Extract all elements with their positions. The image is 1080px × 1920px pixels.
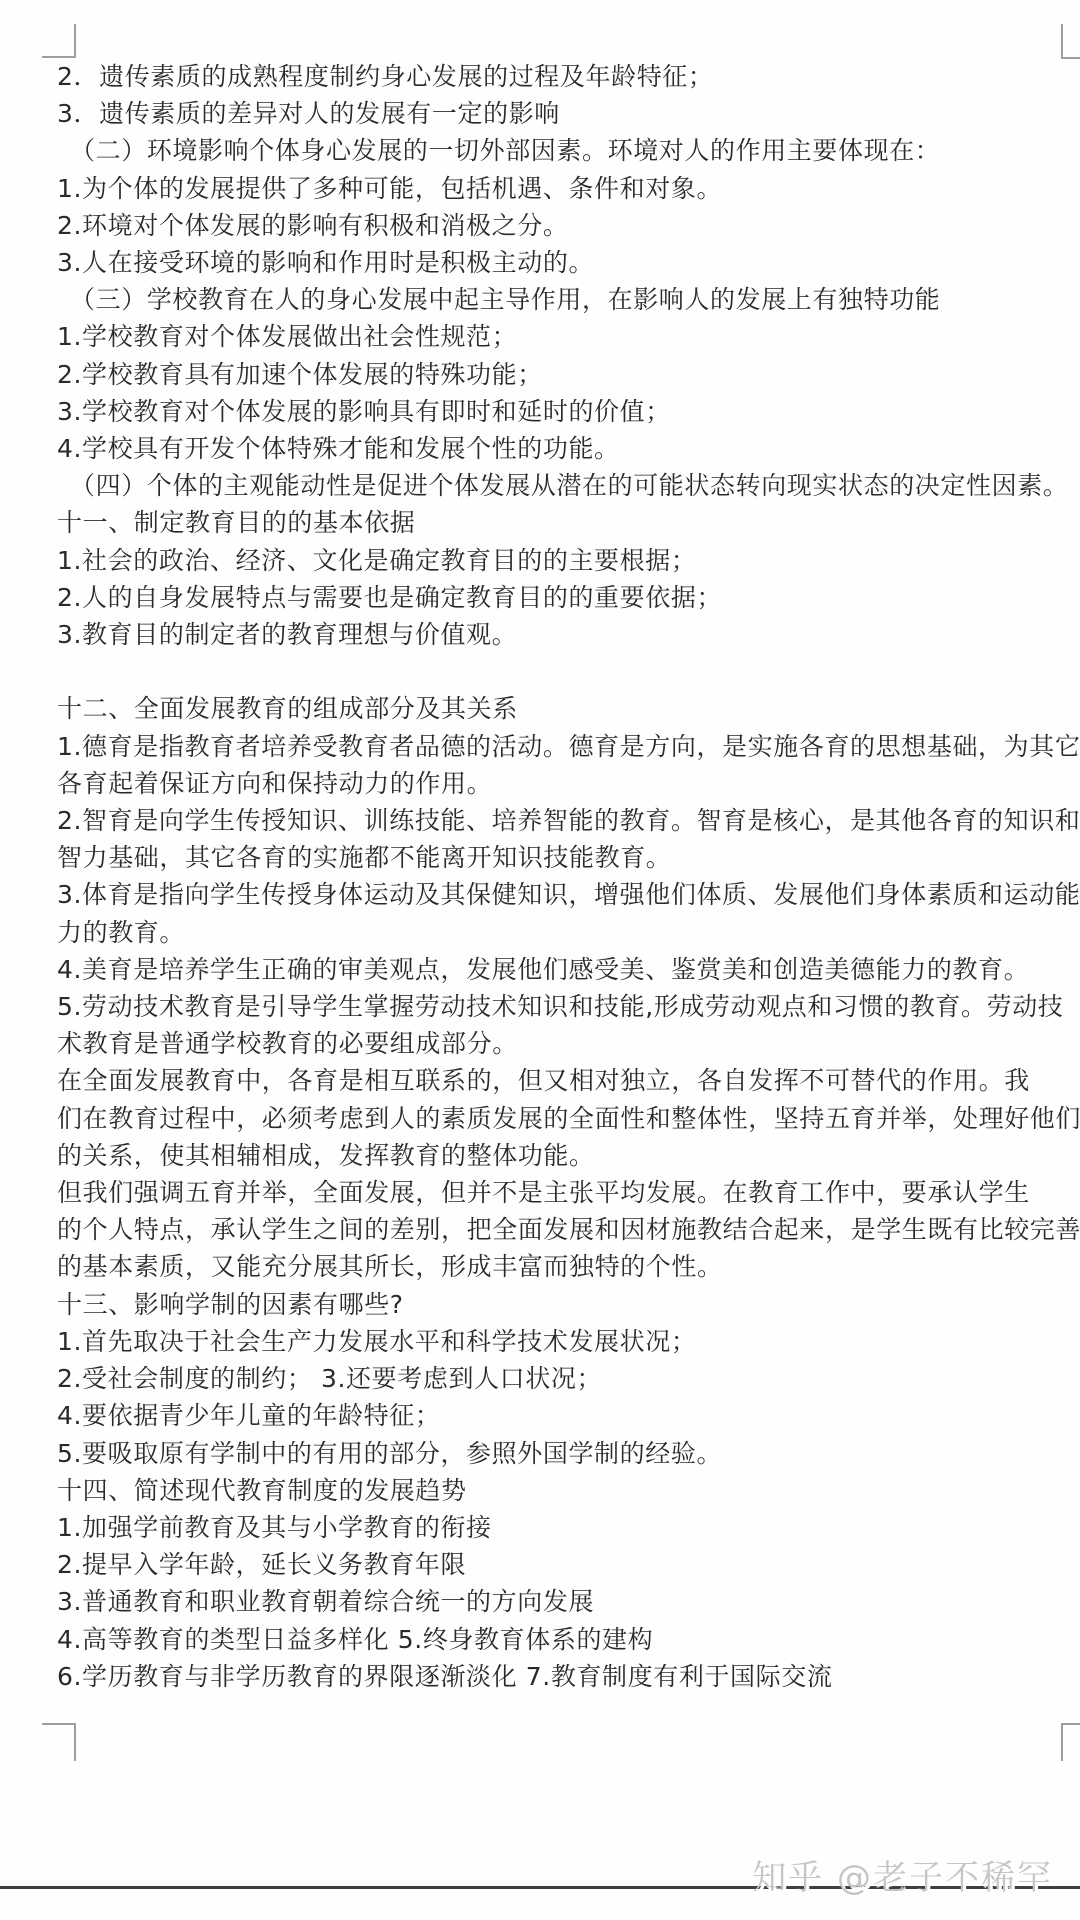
document-page: 2．遗传素质的成熟程度制约身心发展的过程及年龄特征；3．遗传素质的差异对人的发展… [0,0,1080,1920]
document-text-line: 1.社会的政治、经济、文化是确定教育目的的主要根据； [57,542,1062,579]
document-text-line: 1.为个体的发展提供了多种可能，包括机遇、条件和对象。 [57,170,1062,207]
document-text-line: 4.要依据青少年儿童的年龄特征； [57,1397,1062,1434]
blank-line [57,653,1062,690]
document-text-line: 的关系，使其相辅相成，发挥教育的整体功能。 [57,1137,1062,1174]
document-text-line: 1.学校教育对个体发展做出社会性规范； [57,318,1062,355]
page-margin-mark-bottom-left [42,1723,76,1761]
section-heading-line: 十四、简述现代教育制度的发展趋势 [57,1472,1062,1509]
document-text-line: 3.体育是指向学生传授身体运动及其保健知识，增强他们体质、发展他们身体素质和运动… [57,876,1062,913]
document-text-line: 1.首先取决于社会生产力发展水平和科学技术发展状况； [57,1323,1062,1360]
document-text-line: 2.受社会制度的制约； 3.还要考虑到人口状况； [57,1360,1062,1397]
document-text-line: 4.学校具有开发个体特殊才能和发展个性的功能。 [57,430,1062,467]
page-margin-mark-top-left [42,24,76,58]
document-text-line: 4.美育是培养学生正确的审美观点，发展他们感受美、鉴赏美和创造美德能力的教育。 [57,951,1062,988]
document-text-line: 3.学校教育对个体发展的影响具有即时和延时的价值； [57,393,1062,430]
document-text-line: 但我们强调五育并举，全面发展，但并不是主张平均发展。在教育工作中，要承认学生 [57,1174,1062,1211]
document-text-line: （三）学校教育在人的身心发展中起主导作用，在影响人的发展上有独特功能 [57,281,1062,318]
document-text-line: 们在教育过程中，必须考虑到人的素质发展的全面性和整体性，坚持五育并举，处理好他们 [57,1100,1062,1137]
document-text-line: 1.德育是指教育者培养受教育者品德的活动。德育是方向，是实施各育的思想基础，为其… [57,728,1062,765]
document-text-line: 4.高等教育的类型日益多样化 5.终身教育体系的建构 [57,1621,1062,1658]
watermark: 知乎 @老子不稀罕 [752,1850,1053,1899]
document-text-line: 各育起着保证方向和保持动力的作用。 [57,765,1062,802]
document-text-line: （四）个体的主观能动性是促进个体发展从潜在的可能状态转向现实状态的决定性因素。 [57,467,1062,504]
document-text-line: 力的教育。 [57,914,1062,951]
section-heading-line: 十二、全面发展教育的组成部分及其关系 [57,690,1062,727]
document-text-line: 3.教育目的制定者的教育理想与价值观。 [57,616,1062,653]
document-text-line: 2.提早入学年龄，延长义务教育年限 [57,1546,1062,1583]
document-text-line: 的基本素质，又能充分展其所长，形成丰富而独特的个性。 [57,1248,1062,1285]
document-text-line: （二）环境影响个体身心发展的一切外部因素。环境对人的作用主要体现在： [57,132,1062,169]
document-text-line: 3．遗传素质的差异对人的发展有一定的影响 [57,95,1062,132]
document-text-line: 1.加强学前教育及其与小学教育的衔接 [57,1509,1062,1546]
document-text-line: 2．遗传素质的成熟程度制约身心发展的过程及年龄特征； [57,58,1062,95]
section-heading-line: 十一、制定教育目的的基本依据 [57,504,1062,541]
page-margin-mark-bottom-right [1061,1723,1080,1761]
document-text-line: 3.普通教育和职业教育朝着综合统一的方向发展 [57,1583,1062,1620]
section-heading-line: 十三、影响学制的因素有哪些? [57,1286,1062,1323]
document-text-line: 2.智育是向学生传授知识、训练技能、培养智能的教育。智育是核心，是其他各育的知识… [57,802,1062,839]
document-text-line: 在全面发展教育中，各育是相互联系的，但又相对独立，各自发挥不可替代的作用。我 [57,1062,1062,1099]
document-text-line: 3.人在接受环境的影响和作用时是积极主动的。 [57,244,1062,281]
document-text-line: 智力基础，其它各育的实施都不能离开知识技能教育。 [57,839,1062,876]
document-text-line: 2.人的自身发展特点与需要也是确定教育目的的重要依据； [57,579,1062,616]
document-text-line: 的个人特点，承认学生之间的差别，把全面发展和因材施教结合起来，是学生既有比较完善 [57,1211,1062,1248]
document-text-line: 2.环境对个体发展的影响有积极和消极之分。 [57,207,1062,244]
document-text-block: 2．遗传素质的成熟程度制约身心发展的过程及年龄特征；3．遗传素质的差异对人的发展… [57,58,1062,1695]
document-text-line: 5.劳动技术教育是引导学生掌握劳动技术知识和技能,形成劳动观点和习惯的教育。劳动… [57,988,1062,1025]
page-margin-mark-top-right [1061,24,1080,59]
document-text-line: 6.学历教育与非学历教育的界限逐渐淡化 7.教育制度有利于国际交流 [57,1658,1062,1695]
document-text-line: 2.学校教育具有加速个体发展的特殊功能； [57,356,1062,393]
document-text-line: 5.要吸取原有学制中的有用的部分，参照外国学制的经验。 [57,1435,1062,1472]
document-text-line: 术教育是普通学校教育的必要组成部分。 [57,1025,1062,1062]
